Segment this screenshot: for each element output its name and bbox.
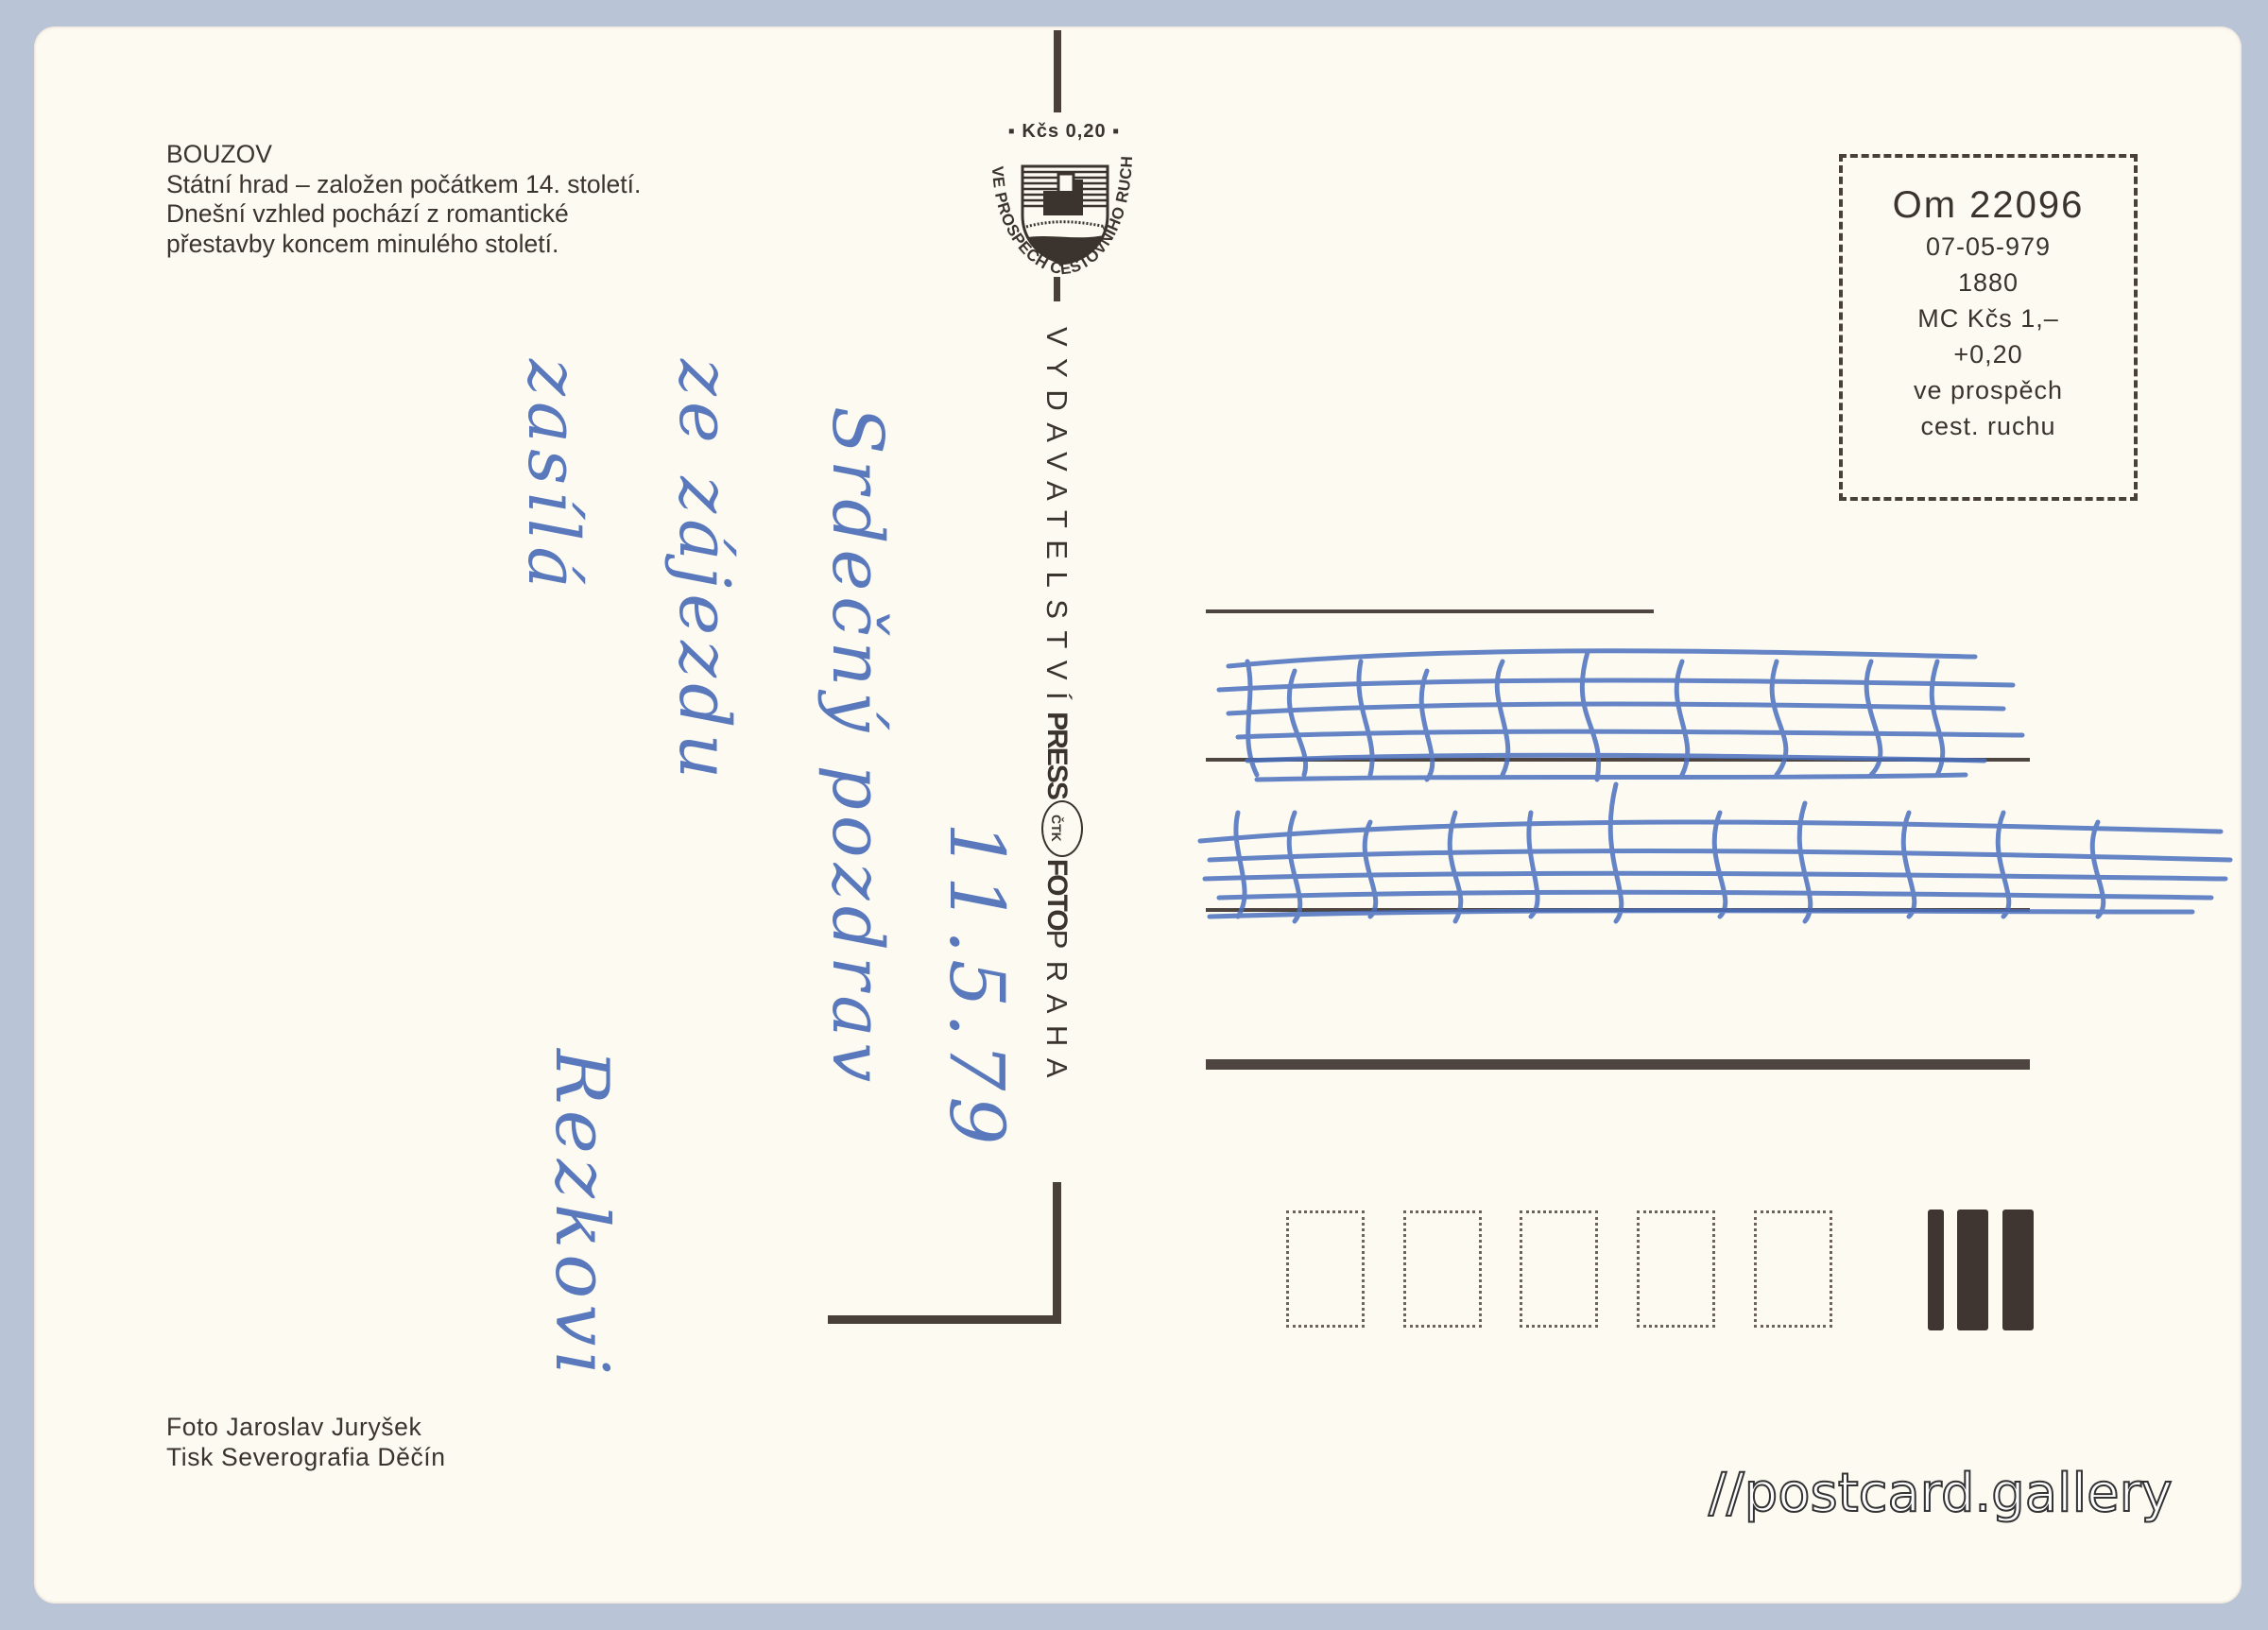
- postal-code-box: [1286, 1210, 1365, 1328]
- postal-code-box: [1754, 1210, 1832, 1328]
- handwritten-date: 11.5.79: [933, 822, 1021, 1150]
- divider-line: [828, 1315, 1060, 1324]
- postal-code-bars: [1928, 1210, 2034, 1330]
- divider-line: [1054, 30, 1061, 112]
- watermark: //postcard.gallery: [1709, 1463, 2173, 1524]
- publisher-prefix: VYDAVATELSTVÍ: [1040, 327, 1074, 712]
- postal-code-box: [1637, 1210, 1715, 1328]
- stamp-price: MC Kčs 1,–: [1843, 300, 2134, 336]
- stamp-date: 07-05-979: [1843, 229, 2134, 265]
- publisher-foto: FOTO: [1041, 859, 1073, 930]
- stamp-note: cest. ruchu: [1843, 408, 2134, 444]
- photo-credit: Foto Jaroslav Juryšek: [166, 1412, 446, 1442]
- tourism-emblem: ▪ Kčs 0,20 ▪ VE PROSPĚCH CESTOV: [973, 121, 1145, 282]
- scribbled-address: [1191, 624, 2240, 926]
- publisher-imprint: VYDAVATELSTVÍPRESSČTKFOTOPRAHA: [1038, 327, 1083, 1090]
- caption-line: přestavby koncem minulého století.: [166, 230, 641, 260]
- stamp-note: ve prospěch: [1843, 372, 2134, 408]
- publisher-city: PRAHA: [1040, 930, 1074, 1090]
- code-bar: [1928, 1210, 1944, 1330]
- code-bar: [2002, 1210, 2034, 1330]
- handwritten-line: zasílá: [512, 359, 593, 594]
- stamp-number: 1880: [1843, 265, 2134, 300]
- postal-code-box: [1403, 1210, 1482, 1328]
- divider-line: [1053, 1182, 1061, 1324]
- address-line: [1206, 609, 1654, 613]
- stamp-surcharge: +0,20: [1843, 336, 2134, 372]
- postal-code-box: [1520, 1210, 1598, 1328]
- caption-line: Dnešní vzhled pochází z romantické: [166, 199, 641, 230]
- stamp-code: Om 22096: [1843, 184, 2134, 227]
- handwritten-signature: Rezkovi: [539, 1049, 624, 1381]
- ctk-logo-icon: ČTK: [1041, 800, 1083, 857]
- code-bar: [1957, 1210, 1988, 1330]
- handwritten-line: Srdečný pozdrav: [816, 406, 898, 1088]
- print-credit: Tisk Severografia Děčín: [166, 1442, 446, 1472]
- caption-line: Státní hrad – založen počátkem 14. stole…: [166, 170, 641, 200]
- castle-shield-icon: VE PROSPĚCH CESTOVNÍHO RUCHU: [973, 121, 1145, 282]
- address-line: [1206, 1059, 2030, 1070]
- stamp-box: Om 22096 07-05-979 1880 MC Kčs 1,– +0,20…: [1839, 154, 2138, 501]
- caption-block: BOUZOV Státní hrad – založen počátkem 14…: [166, 140, 641, 259]
- caption-title: BOUZOV: [166, 140, 641, 170]
- handwritten-line: ze zájezdu: [663, 359, 745, 784]
- credits-block: Foto Jaroslav Juryšek Tisk Severografia …: [166, 1412, 446, 1472]
- publisher-press: PRESS: [1041, 712, 1073, 798]
